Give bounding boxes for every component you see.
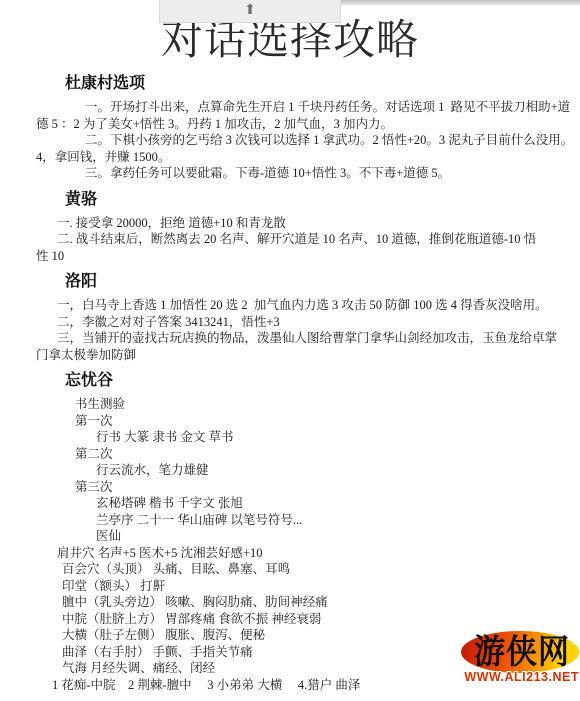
section-heading: 忘忧谷 bbox=[65, 371, 544, 391]
text-line: 兰亭序 二十一 华山庙碑 以笔号符号... bbox=[36, 512, 544, 529]
text-line: 二，李徽之对对子答案 3413241，悟性+3 bbox=[36, 314, 544, 331]
site-watermark: 游侠网 WWW.ALI213.NET bbox=[460, 629, 580, 689]
logo-site-url: WWW.ALI213.NET bbox=[464, 670, 579, 684]
text-line: 三，当铺开的壶找古玩店换的物品，泼墨仙人图给曹掌门拿华山剑经加攻击，玉鱼龙给卓掌 bbox=[36, 330, 544, 347]
text-line: 玄秘塔碑 楷书 千字文 张旭 bbox=[36, 495, 544, 512]
text-line: 二. 战斗结束后，断然离去 20 名声、解开穴道是 10 名声、10 道德，推倒… bbox=[36, 231, 544, 248]
section-heading: 杜康村选项 bbox=[65, 74, 544, 94]
text-line: 医仙 bbox=[36, 528, 544, 545]
text-line: 性 10 bbox=[36, 248, 544, 265]
text-line: 二。下棋小孩旁的乞丐给 3 次钱可以选择 1 拿武功。2 悟性+20。3 泥丸子… bbox=[36, 132, 544, 149]
document-body: 杜康村选项一。开场打斗出来，点算命先生开启 1 千块丹药任务。对话选项 1 路见… bbox=[0, 74, 580, 693]
text-line: 行书 大篆 隶书 金文 草书 bbox=[36, 429, 544, 446]
page-title: 对话选择攻略 bbox=[0, 16, 580, 66]
up-arrow-icon: ⬆ bbox=[244, 0, 256, 21]
text-line: 一. 接受拿 20000，拒绝 道德+10 和青龙散 bbox=[36, 215, 544, 232]
section-heading: 洛阳 bbox=[65, 272, 544, 292]
scroll-up-button[interactable]: ⬆ bbox=[159, 0, 341, 23]
text-line: 印堂（额头） 打鼾 bbox=[36, 578, 544, 595]
section-heading: 黄骆 bbox=[65, 190, 544, 210]
text-line: 德 5 ：2 为了美女+悟性 3。丹药 1 加攻击，2 加气血，3 加内力。 bbox=[36, 116, 544, 133]
text-line: 行云流水，笔力雄健 bbox=[36, 462, 544, 479]
text-line: 肩井穴 名声+5 医术+5 沈湘芸好感+10 bbox=[36, 545, 544, 562]
text-line: 百会穴（头顶） 头痛、目眩、鼻塞、耳鸣 bbox=[36, 561, 544, 578]
text-line: 第三次 bbox=[36, 479, 544, 496]
text-line: 一，白马寺上香选 1 加悟性 20 选 2 加气血内力选 3 攻击 50 防御 … bbox=[36, 297, 544, 314]
text-line: 第二次 bbox=[36, 446, 544, 463]
top-edge-strip bbox=[338, 0, 580, 5]
text-line: 第一次 bbox=[36, 413, 544, 430]
document-page: 对话选择攻略 ⬆ 杜康村选项一。开场打斗出来，点算命先生开启 1 千块丹药任务。… bbox=[0, 0, 580, 701]
text-line: 书生测验 bbox=[36, 396, 544, 413]
text-line: 三。拿药任务可以要砒霜。下毒-道德 10+悟性 3。不下毒+道德 5。 bbox=[36, 165, 544, 182]
text-line: 门拿太极拳加防御 bbox=[36, 347, 544, 364]
text-line: 中脘（肚脐上方） 胃部疼痛 食欲不振 神经衰弱 bbox=[36, 611, 544, 628]
text-line: 一。开场打斗出来，点算命先生开启 1 千块丹药任务。对话选项 1 路见不平拔刀相… bbox=[36, 99, 544, 116]
text-line: 4，拿回钱，并赚 1500。 bbox=[36, 149, 544, 166]
text-line: 膻中（乳头旁边） 咳嗽、胸闷肋痛、肋间神经痛 bbox=[36, 594, 544, 611]
